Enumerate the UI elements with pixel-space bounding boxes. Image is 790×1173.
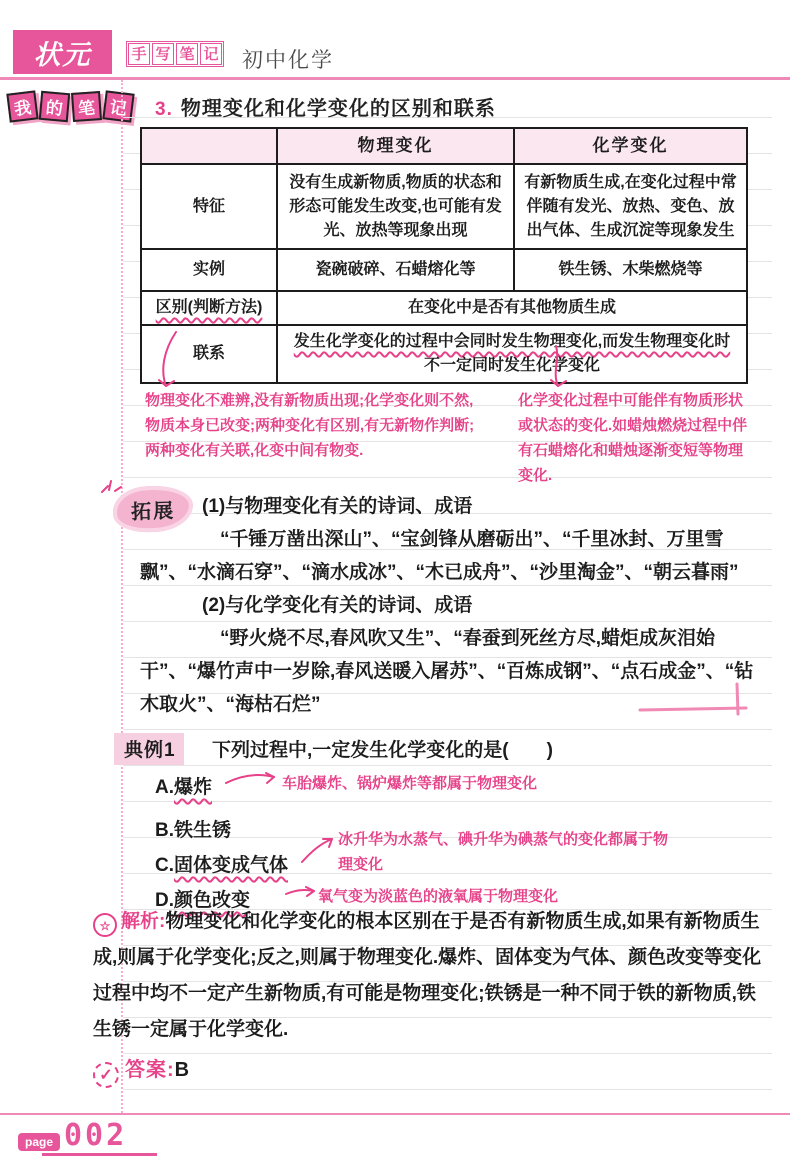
series-title: 手 写 笔 记	[126, 41, 224, 67]
row-label: 特征	[141, 164, 277, 249]
option-c: C.固体变成气体	[155, 850, 288, 877]
option-key: B.	[155, 820, 174, 841]
header-divider	[0, 77, 790, 80]
down-arrow-icon	[150, 330, 190, 394]
row-label: 实例	[141, 249, 277, 291]
analysis-label: 解析:	[121, 911, 165, 932]
checkmark-icon: ✓	[93, 1062, 119, 1088]
page-label-badge: page	[18, 1133, 60, 1151]
example-question: 下列过程中,一定发生化学变化的是( )	[212, 735, 553, 762]
header-cell-chemical: 化学变化	[514, 128, 747, 164]
option-text: 铁生锈	[174, 820, 231, 841]
link-underlined: 发生化学变化的过程中会同时发生物理变化,而发生物理变化时	[294, 333, 730, 350]
note-title-text: 物理变化和化学变化的区别和联系	[181, 98, 496, 120]
feature-chemical: 有新物质生成,在变化过程中常伴随有发光、放热、变色、放出气体、生成沉淀等现象发生	[514, 164, 747, 249]
table-row: 实例 瓷碗破碎、石蜡熔化等 铁生锈、木柴燃烧等	[141, 249, 747, 291]
brand-name: 状元	[34, 33, 92, 72]
option-text: 爆炸	[174, 777, 212, 798]
example-chemical: 铁生锈、木柴燃烧等	[514, 249, 747, 291]
row-label: 区别(判断方法)	[141, 291, 277, 325]
table-row: 特征 没有生成新物质,物质的状态和形态可能发生改变,也可能有发光、放热等现象出现…	[141, 164, 747, 249]
series-char: 记	[200, 43, 222, 65]
difference-label: 区别(判断方法)	[156, 299, 263, 316]
difference-value: 在变化中是否有其他物质生成	[277, 291, 747, 325]
note-title: 3.物理变化和化学变化的区别和联系	[155, 92, 496, 121]
option-key: C.	[155, 855, 174, 876]
subject-title: 初中化学	[242, 44, 334, 74]
page-number: 002	[64, 1118, 127, 1153]
page-number-underline	[42, 1153, 157, 1156]
arrow-icon	[284, 884, 318, 900]
analysis-body: 物理变化和化学变化的根本区别在于是否有新物质生成,如果有新物质生成,则属于化学变…	[93, 911, 761, 1040]
option-c-note: 冰升华为水蒸气、碘升华为碘蒸气的变化都属于物理变化	[338, 827, 668, 877]
table-row: 区别(判断方法) 在变化中是否有其他物质生成	[141, 291, 747, 325]
link-rest: 不一定同时发生化学变化	[424, 357, 600, 374]
notebook-page: 状元 手 写 笔 记 初中化学 我 的 笔 记 3.物理变化和化学变化的区别和联…	[0, 0, 790, 1173]
corner-mark-icon	[638, 682, 748, 716]
option-a-note: 车胎爆炸、锅炉爆炸等都属于物理变化	[282, 771, 682, 796]
table-row: 联系 发生化学变化的过程中会同时发生物理变化,而发生物理变化时不一定同时发生化学…	[141, 325, 747, 383]
table-header-row: 物理变化 化学变化	[141, 128, 747, 164]
footer-divider	[0, 1113, 790, 1115]
answer-value: B	[175, 1059, 189, 1081]
down-arrow-icon	[548, 344, 572, 392]
option-key: A.	[155, 777, 174, 798]
series-char: 笔	[176, 43, 198, 65]
expansion-item1-body: “千锤万凿出深山”、“宝剑锋从磨砺出”、“千里冰封、万里雪飘”、“水滴石穿”、“…	[140, 523, 756, 589]
arrow-icon	[300, 834, 336, 866]
badge-char: 的	[39, 91, 70, 122]
answer-label: 答案:	[125, 1059, 175, 1081]
note-number: 3.	[155, 99, 173, 120]
example-physical: 瓷碗破碎、石蜡熔化等	[277, 249, 514, 291]
badge-char: 笔	[71, 91, 102, 122]
arrow-icon	[224, 770, 280, 788]
option-a: A.爆炸	[155, 772, 212, 799]
sparkle-icon	[100, 478, 120, 496]
analysis-block: ☆解析:物理变化和化学变化的根本区别在于是否有新物质生成,如果有新物质生成,则属…	[93, 904, 767, 1048]
series-char: 写	[152, 43, 174, 65]
answer-row: ✓答案:B	[93, 1053, 189, 1088]
example-label: 典例1	[114, 733, 184, 765]
link-value: 发生化学变化的过程中会同时发生物理变化,而发生物理变化时不一定同时发生化学变化	[277, 325, 747, 383]
feature-physical: 没有生成新物质,物质的状态和形态可能发生改变,也可能有发光、放热等现象出现	[277, 164, 514, 249]
expansion-item2-title: (2)与化学变化有关的诗词、成语	[140, 589, 756, 622]
header-cell-physical: 物理变化	[277, 128, 514, 164]
comparison-table: 物理变化 化学变化 特征 没有生成新物质,物质的状态和形态可能发生改变,也可能有…	[140, 127, 748, 384]
expansion-item1-title: (1)与物理变化有关的诗词、成语	[140, 490, 756, 523]
option-b: B.铁生锈	[155, 815, 231, 842]
star-circle-icon: ☆	[93, 913, 117, 937]
margin-note-chemical: 化学变化过程中可能伴有物质形状或状态的变化.如蜡烛燃烧过程中伴有石蜡熔化和蜡烛逐…	[518, 388, 753, 488]
brand-logo: 状元	[13, 30, 112, 74]
my-notes-badge: 我 的 笔 记	[8, 92, 133, 121]
margin-note-physical: 物理变化不难辨,没有新物质出现;化学变化则不然,物质本身已改变;两种变化有区别,…	[145, 388, 485, 463]
option-text: 固体变成气体	[174, 855, 288, 876]
series-char: 手	[128, 43, 150, 65]
header-cell-empty	[141, 128, 277, 164]
badge-char: 记	[102, 90, 134, 122]
badge-char: 我	[6, 90, 38, 122]
